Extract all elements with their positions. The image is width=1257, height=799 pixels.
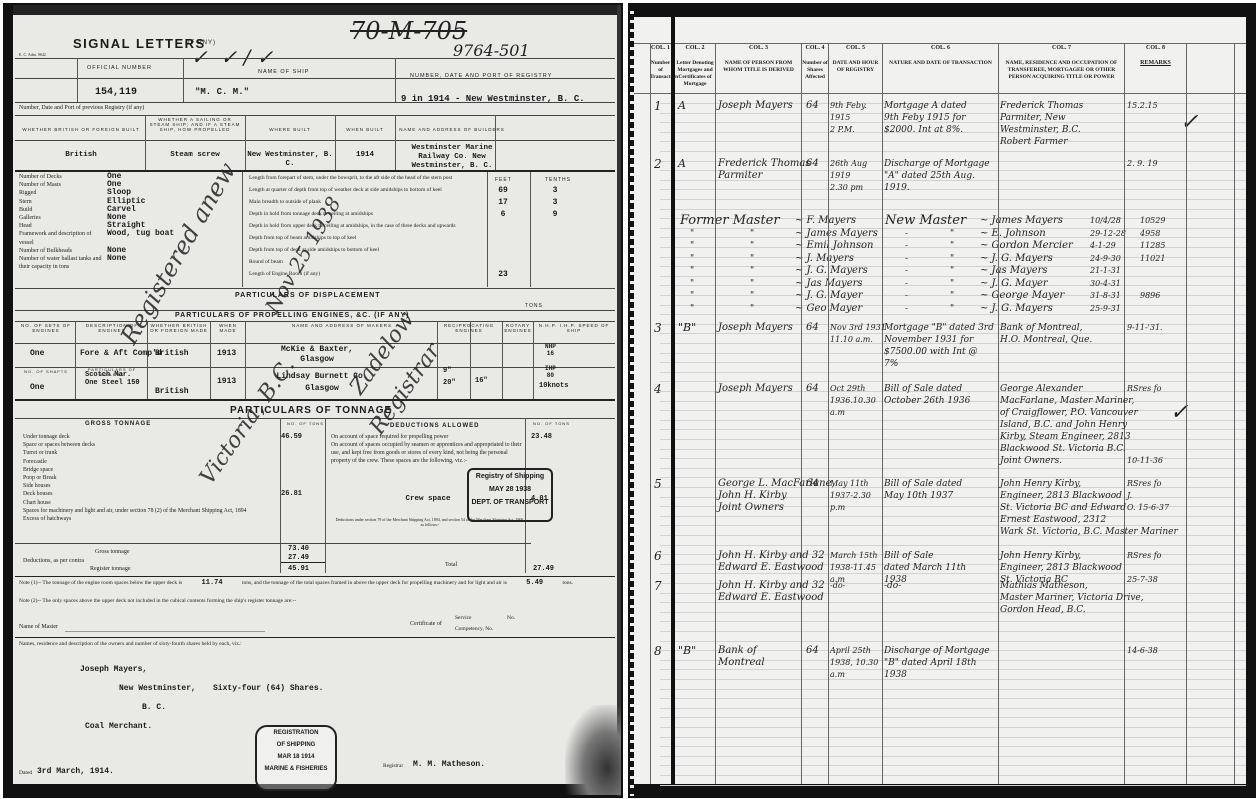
- ruled-line: [660, 698, 1246, 699]
- transaction-nature: Bill of Sale dated October 26th 1936: [884, 383, 998, 407]
- gross-item-label: Chart house: [23, 499, 281, 507]
- gross-item-label: Forecastle: [23, 458, 281, 466]
- official-number-label: Official Number: [87, 65, 152, 71]
- transaction-nature: Discharge of Mortgage "A" dated 25th Aug…: [884, 158, 998, 194]
- build-header: Name and Address of Builders: [397, 127, 507, 132]
- gross-tonnage-value: 73.40: [288, 545, 309, 553]
- registry-date-hour: April 25th 1938, 10.30 a.m: [830, 645, 882, 681]
- build-header: Whether a Sailing or Steam Ship; and if …: [147, 117, 243, 132]
- transaction-number: 1: [654, 100, 672, 112]
- owner-occupation: Coal Merchant.: [85, 722, 152, 731]
- shares-affected: 64: [806, 478, 828, 490]
- registry-label: Number, Date and Port of Registry: [410, 73, 552, 79]
- particular-label: Head: [19, 222, 107, 230]
- remarks: RSres fo 10-11-36: [1127, 383, 1185, 467]
- registry-date-hour: 26th Aug 1919 2.30 pm: [830, 158, 882, 194]
- column-number: COL. 8: [1125, 45, 1186, 52]
- dimension-label: Depth in hold from tonnage deck to ceili…: [249, 211, 481, 223]
- scan-edge: [630, 5, 1254, 17]
- deduction-tons: 23.48: [525, 433, 552, 441]
- engine-room-tonnage: 11.74: [184, 579, 241, 587]
- ruled-line: [660, 775, 1246, 776]
- ditto-mark: ": [950, 265, 954, 277]
- transaction-number: 5: [654, 478, 672, 490]
- ditto-mark: ": [950, 228, 954, 240]
- particular-label: Number of Bulkheads: [19, 247, 107, 255]
- nhp-label: NHP: [545, 343, 556, 350]
- engine-origin: British: [155, 349, 189, 358]
- remarks: 14-6-38: [1127, 645, 1185, 657]
- dimension-label: Depth from top of deck at side amidships…: [249, 247, 481, 259]
- master-change-date: 25-9-31: [1090, 303, 1121, 315]
- column-number: COL. 6: [883, 45, 998, 52]
- ditto-mark: ": [750, 278, 754, 290]
- column-number: COL. 1: [650, 45, 671, 52]
- stamp-date: MAY 28 1938: [469, 483, 551, 496]
- gross-tonnage-row: Chart house: [23, 499, 353, 507]
- transaction-row: 4Joseph Mayers64Oct 29th 1936.10.30 a.mB…: [630, 383, 1250, 433]
- deduction-label: On account of spaces occupied by seamen …: [331, 441, 525, 465]
- particular-label: Framework and description of vessel: [19, 230, 107, 246]
- official-number: 154,119: [95, 87, 137, 98]
- transactions-ledger-page: Former MasterNew Master~ F. Mayers~ Jame…: [628, 3, 1256, 798]
- ditto-mark: -: [905, 278, 908, 290]
- ditto-mark: ": [690, 253, 694, 265]
- transaction-row: 3"B"Joseph Mayers64Nov 3rd 1931 11.10 a.…: [630, 322, 1250, 372]
- particular-label: Build: [19, 206, 107, 214]
- dimension-feet: [481, 247, 525, 259]
- scan-shadow: [565, 705, 623, 795]
- deduction-row: On account of spaces occupied by seamen …: [331, 441, 616, 465]
- gross-tonnage-header: Gross Tonnage: [85, 421, 151, 427]
- service-no-label: No.: [507, 615, 515, 621]
- shares-affected: 64: [806, 383, 828, 395]
- dimension-label: Length at quarter of depth from top of w…: [249, 187, 481, 199]
- transferee: Bank of Montreal, H.O. Montreal, Que.: [1000, 322, 1124, 346]
- registry-date-hour: May 11th 1937-2.30 p.m: [830, 478, 882, 514]
- title-derived-from: John H. Kirby and 32 Edward E. Eastwood: [718, 580, 802, 604]
- transaction-nature: Discharge of Mortgage "B" dated April 18…: [884, 645, 998, 681]
- remarks: 2. 9. 19: [1127, 158, 1185, 170]
- gross-tonnage-row: Poop or Break: [23, 474, 353, 482]
- column-header: COL. 7NAME, RESIDENCE AND OCCUPATION OF …: [999, 45, 1124, 81]
- title-derived-from: Bank of Montreal: [718, 645, 802, 669]
- transaction-number: 4: [654, 383, 672, 395]
- column-title: NAME OF PERSON FROM WHOM TITLE IS DERIVE…: [716, 60, 801, 74]
- dimension-feet: 23: [481, 271, 525, 283]
- deductions-total-label: Total: [445, 562, 457, 568]
- nhp-value: 16: [547, 350, 554, 357]
- ruled-line: [660, 727, 1246, 728]
- ruled-line: [660, 708, 1246, 709]
- build-value: British: [17, 151, 145, 160]
- title-derived-from: George L. MacFarlane, John H. Kirby Join…: [718, 478, 802, 514]
- particular-value: Wood, tug boat: [107, 230, 174, 246]
- column-title: REMARKS: [1125, 60, 1186, 67]
- ditto-mark: ": [750, 303, 754, 315]
- column-header: COL. 8REMARKS: [1125, 45, 1186, 67]
- ruled-line: [660, 468, 1246, 469]
- new-master: ~ Gordon Mercier: [980, 240, 1073, 252]
- transaction-nature: Mortgage "B" dated 3rd November 1931 for…: [884, 322, 998, 370]
- column-number: COL. 4: [802, 45, 828, 52]
- master-change-row: ""~ J. Mayers-"~ J. G. Mayers24-9-301102…: [630, 253, 1250, 265]
- title-derived-from: Frederick Thomas Parmiter: [718, 158, 802, 182]
- transaction-number: 8: [654, 645, 672, 657]
- former-master: ~ F. Mayers: [795, 215, 856, 227]
- master-change-date: 21-1-31: [1090, 265, 1121, 277]
- transaction-number: 7: [654, 580, 672, 592]
- gross-tonnage-row: Forecastle: [23, 458, 353, 466]
- registrar-value: M. M. Matheson.: [413, 760, 485, 769]
- mortgage-letter: A: [678, 158, 714, 170]
- transaction-nature: -do-: [884, 580, 998, 592]
- column-header: COL. 5DATE AND HOUR OF REGISTRY: [829, 45, 882, 74]
- ditto-mark: ": [950, 278, 954, 290]
- dimension-label: Depth in hold from upper deck to ceiling…: [249, 223, 481, 235]
- column-header: COL. 1Number of Transaction: [650, 45, 671, 81]
- new-master: ~ Jas Mayers: [980, 265, 1048, 277]
- shares-affected: 64: [806, 322, 828, 334]
- new-master: ~ J. G. Mayer: [980, 278, 1048, 290]
- gross-item-label: Bridge space: [23, 466, 281, 474]
- ditto-mark: ": [950, 290, 954, 302]
- master-change-row: ~ F. Mayers~ James Mayers10/4/2810529: [630, 215, 1250, 227]
- gross-item-label: Deck houses: [23, 490, 281, 498]
- dimension-row: Main breadth to outside of plank173: [249, 199, 619, 211]
- engine-stroke: 16": [475, 377, 488, 385]
- dimension-feet: [481, 235, 525, 247]
- ditto-mark: ": [690, 265, 694, 277]
- stamp-line: MARINE & FISHERIES: [257, 763, 335, 775]
- engine-header: Rotary Engines: [503, 323, 533, 333]
- form-code: E. C. Adm. 9642: [19, 52, 46, 57]
- particular-value: None: [107, 255, 126, 271]
- dimension-label: Length from forepart of stem, under the …: [249, 175, 481, 187]
- column-title: NAME, RESIDENCE AND OCCUPATION OF TRANSF…: [999, 60, 1124, 81]
- new-master: ~ J. G. Mayers: [980, 253, 1053, 265]
- boiler-origin: British: [155, 387, 189, 396]
- ruled-line: [660, 785, 1246, 786]
- master-change-row: ""~ Geo Mayer-"~ J. G. Mayers25-9-31: [630, 303, 1250, 315]
- deduction-tons: [525, 441, 531, 465]
- gross-item-tons: 26.81: [281, 490, 302, 498]
- ditto-mark: ": [750, 240, 754, 252]
- ditto-mark: ": [750, 290, 754, 302]
- gross-tonnage-row: Space or spaces between decks: [23, 441, 353, 449]
- particular-label: Number of Decks: [19, 173, 107, 181]
- title-derived-from: Joseph Mayers: [718, 322, 802, 334]
- gross-tonnage-row: Excess of hatchways: [23, 515, 353, 523]
- registry-date-hour: 9th Feby. 1915 2 P.M.: [830, 100, 882, 136]
- owner-name: Joseph Mayers,: [80, 665, 147, 674]
- ditto-mark: ": [950, 303, 954, 315]
- master-change-row: ""~ Jas Mayers-"~ J. G. Mayer30-4-31: [630, 278, 1250, 290]
- stamp-line: DEPT. OF TRANSPORT: [469, 496, 551, 509]
- gross-tonnage-row: Spaces for machinery and light and air, …: [23, 507, 353, 515]
- ditto-mark: ": [690, 290, 694, 302]
- dimension-label: Depth from top of beam amidships to top …: [249, 235, 481, 247]
- certificate-label: Certificate of: [410, 621, 442, 627]
- name-of-master-label: Name of Master: [19, 624, 58, 630]
- gross-tonnage-row: Under tonnage deck46.59: [23, 433, 353, 441]
- ruled-line: [660, 765, 1246, 766]
- dimension-label: Main breadth to outside of plank: [249, 199, 481, 211]
- note-1: Note (1)-- The tonnage of the engine roo…: [19, 579, 609, 588]
- master-change-date: 10/4/28: [1090, 215, 1121, 227]
- dimension-row: Depth in hold from tonnage deck to ceili…: [249, 211, 619, 223]
- engine-header: Description of Engines: [77, 323, 147, 333]
- tons-header: No. of Tons: [287, 421, 324, 426]
- dimension-feet: [481, 223, 525, 235]
- particular-label: Stern: [19, 198, 107, 206]
- title-derived-from: John H. Kirby and 32 Edward E. Eastwood: [718, 550, 802, 574]
- registry-of-shipping-stamp: Registry of Shipping MAY 28 1938 DEPT. O…: [467, 468, 553, 522]
- ruled-line: [660, 737, 1246, 738]
- transaction-row: 5George L. MacFarlane, John H. Kirby Joi…: [630, 478, 1250, 528]
- former-master: ~ J. G. Mayers: [795, 265, 868, 277]
- stamp-line: Registry of Shipping: [469, 470, 551, 483]
- transaction-nature: Bill of Sale dated May 10th 1937: [884, 478, 998, 502]
- gross-tonnage-row: Side houses: [23, 482, 353, 490]
- displacement-title: Particulars of Displacement: [235, 292, 380, 299]
- ditto-mark: -: [905, 240, 908, 252]
- deductions-total-value: 27.49: [533, 565, 554, 573]
- ruled-line: [660, 717, 1246, 718]
- ruled-line: [660, 209, 1246, 210]
- new-master: ~ James Mayers: [980, 215, 1063, 227]
- transaction-row: 2AFrederick Thomas Parmiter6426th Aug 19…: [630, 158, 1250, 208]
- mortgage-letter: A: [678, 100, 714, 112]
- engine-ihp: IHP80: [545, 365, 556, 379]
- dimension-row: Length from forepart of stem, under the …: [249, 175, 619, 187]
- registrar-label: Registrar: [383, 763, 403, 769]
- column-header: COL. 2Letter Denoting Mortgages and Cert…: [675, 45, 715, 88]
- column-title: Number of Shares Affected: [802, 60, 828, 81]
- dimension-tenths: 9: [525, 211, 585, 223]
- engine-made: 1913: [217, 349, 236, 358]
- engine-header: N.H.P. I.H.P. Speed of Ship: [534, 323, 614, 333]
- transaction-nature: Mortgage A dated 9th Feby 1915 for $2000…: [884, 100, 998, 136]
- transferee: George Alexander MacFarlane, Master Mari…: [1000, 383, 1124, 467]
- master-change-row: ""~ J. G. Mayer-"~ George Mayer31-8-3198…: [630, 290, 1250, 302]
- engine-header: Reciprocating Engines: [438, 323, 500, 333]
- particular-label: Galleries: [19, 214, 107, 222]
- build-header: Whether British or Foreign Built: [17, 127, 145, 132]
- master-change-ref: 11285: [1140, 240, 1165, 252]
- engine-cylinders: 9" 20": [443, 365, 467, 389]
- dimension-tenths: [525, 223, 585, 235]
- master-change-ref: 11021: [1140, 253, 1165, 265]
- boiler-shafts: One: [30, 383, 44, 392]
- scan-edge: [5, 5, 13, 796]
- gross-item-label: Side houses: [23, 482, 281, 490]
- deduction-label: On account of space required for propell…: [331, 433, 525, 441]
- deduction-row: On account of space required for propell…: [331, 433, 616, 441]
- ditto-mark: ": [690, 303, 694, 315]
- build-header: When Built: [337, 127, 393, 132]
- transaction-row: 8"B"Bank of Montreal64April 25th 1938, 1…: [630, 645, 1250, 695]
- registry-date-hour: -do-: [830, 580, 882, 592]
- gross-tonnage-row: Bridge space: [23, 466, 353, 474]
- master-change-ref: 10529: [1140, 215, 1165, 227]
- master-change-ref: 4958: [1140, 228, 1160, 240]
- remarks: 15.2.15: [1127, 100, 1185, 112]
- ditto-mark: ": [690, 278, 694, 290]
- name-of-ship-label: Name of Ship: [258, 69, 309, 75]
- column-number: COL. 3: [716, 45, 801, 52]
- gross-tonnage-row: Deck houses26.81: [23, 490, 353, 498]
- ditto-mark: -: [905, 290, 908, 302]
- marine-fisheries-stamp: REGISTRATION OF SHIPPING MAR 18 1914 MAR…: [255, 725, 337, 791]
- master-change-row: ""~ J. G. Mayers-"~ Jas Mayers21-1-31: [630, 265, 1250, 277]
- ihp-value: 80: [547, 372, 554, 379]
- transferee: Mathias Matheson, Master Mariner, Victor…: [1000, 580, 1124, 616]
- boiler-particulars-label: Particulars of Boilers: [77, 367, 147, 377]
- column-title: DATE AND HOUR OF REGISTRY: [829, 60, 882, 74]
- ditto-mark: ": [690, 228, 694, 240]
- gross-item-label: Spaces for machinery and light and air, …: [23, 507, 281, 515]
- engine-nhp: NHP16: [545, 343, 556, 357]
- ditto-mark: ": [750, 228, 754, 240]
- dimension-tenths: [525, 259, 585, 271]
- engine-header: Name and Address of Makers: [247, 323, 437, 328]
- master-change-ref: 9896: [1140, 290, 1160, 302]
- gross-tonnage-label: Gross tonnage: [95, 549, 130, 555]
- scan-edge: [630, 784, 1254, 796]
- column-number: COL. 5: [829, 45, 882, 52]
- gross-tonnage-items: Under tonnage deck46.59Space or spaces b…: [23, 433, 353, 523]
- ruled-line: [660, 545, 1246, 546]
- displacement-unit: Tons: [525, 303, 543, 309]
- ditto-mark: ": [690, 240, 694, 252]
- master-change-row: ""~ James Mayers-"~ E. Johnson29-12-2849…: [630, 228, 1250, 240]
- new-master: ~ J. G. Mayers: [980, 303, 1053, 315]
- scan-edge: [13, 5, 621, 15]
- deductions-value: 27.49: [288, 554, 309, 562]
- title-derived-from: Joseph Mayers: [718, 383, 802, 395]
- master-change-date: 4-1-29: [1090, 240, 1116, 252]
- title-derived-from: Joseph Mayers: [718, 100, 802, 112]
- ship-speed: 10knots: [539, 382, 568, 390]
- column-header: COL. 6NATURE AND DATE OF TRANSACTION: [883, 45, 998, 67]
- remarks: 9-11-'31.: [1127, 322, 1185, 334]
- competency-label: Competency, No.: [455, 626, 493, 632]
- stamp-line: OF SHIPPING: [257, 739, 335, 751]
- master-change-date: 24-9-30: [1090, 253, 1121, 265]
- owner-shares: Sixty-four (64) Shares.: [213, 684, 323, 693]
- shafts-label: No. of Shafts: [17, 369, 75, 374]
- master-change-date: 30-4-31: [1090, 278, 1121, 290]
- column-number: COL. 2: [675, 45, 715, 52]
- ihp-label: IHP: [545, 365, 556, 372]
- gross-item-label: Excess of hatchways: [23, 515, 281, 523]
- particular-label: Number of Masts: [19, 181, 107, 189]
- transferee: Frederick Thomas Parmiter, New Westminst…: [1000, 100, 1124, 148]
- ditto-mark: ": [750, 265, 754, 277]
- mortgage-letter: "B": [678, 322, 714, 334]
- register-tonnage-label: Register tonnage: [90, 566, 131, 572]
- ship-name: "M. C. M.": [195, 87, 249, 97]
- ruled-line: [660, 151, 1246, 152]
- particular-label: Rigged: [19, 189, 107, 197]
- ditto-mark: -: [905, 228, 908, 240]
- shares-affected: 64: [806, 645, 828, 657]
- dated-label: Dated: [19, 770, 32, 776]
- column-header: COL. 4Number of Shares Affected: [802, 45, 828, 81]
- gross-item-tons: 46.59: [281, 433, 302, 441]
- engine-header: Whether British or Foreign Made: [148, 323, 210, 333]
- former-master: ~ Emil Johnson: [795, 240, 873, 252]
- registry-date-hour: Nov 3rd 1931 11.10 a.m.: [830, 322, 882, 346]
- ruled-line: [660, 641, 1246, 642]
- deductions-header: Deductions Allowed: [390, 423, 479, 429]
- gross-tonnage-row: Turret or trunk: [23, 449, 353, 457]
- ruled-line: [660, 746, 1246, 747]
- owner-province: B. C.: [142, 703, 166, 712]
- former-master: ~ J. Mayers: [795, 253, 854, 265]
- engine-header: When Made: [211, 323, 245, 333]
- transaction-row: 7John H. Kirby and 32 Edward E. Eastwood…: [630, 580, 1250, 630]
- column-title: Number of Transaction: [650, 60, 671, 81]
- dimension-tenths: [525, 247, 585, 259]
- ditto-mark: -: [905, 303, 908, 315]
- remarks: RSres fo J. O. 15-6-37: [1127, 478, 1185, 514]
- dimension-tenths: [525, 235, 585, 247]
- previous-registry-label: Number, Date and Port of previous Regist…: [19, 105, 144, 111]
- deductions-label: Deductions, as per contra: [23, 558, 84, 564]
- build-header: Where Built: [247, 127, 333, 132]
- transaction-number: 2: [654, 158, 672, 170]
- owners-label: Names, residence and description of the …: [19, 641, 242, 647]
- ditto-mark: ": [750, 253, 754, 265]
- stamp-line: REGISTRATION: [257, 727, 335, 739]
- transaction-row: 1AJoseph Mayers649th Feby. 1915 2 P.M.Mo…: [630, 100, 1250, 150]
- ruled-line: [660, 631, 1246, 632]
- transaction-number: 3: [654, 322, 672, 334]
- build-value: Westminster Marine Railway Co. New Westm…: [397, 144, 507, 171]
- dated-value: 3rd March, 1914.: [37, 767, 114, 776]
- service-label: Service: [455, 615, 472, 621]
- column-number: COL. 7: [999, 45, 1124, 52]
- ditto-mark: -: [905, 265, 908, 277]
- handwritten-registry-code: 70-M-705: [350, 17, 467, 45]
- build-value: 1914: [337, 151, 393, 160]
- ruled-line: [660, 756, 1246, 757]
- transferee: John Henry Kirby, Engineer, 2813 Blackwo…: [1000, 478, 1124, 538]
- dimension-row: Length at quarter of depth from top of w…: [249, 187, 619, 199]
- transaction-number: 6: [654, 550, 672, 562]
- build-value: Steam screw: [147, 151, 243, 160]
- check-marks: ✓ ✓ / ✓: [191, 45, 273, 69]
- engines-title: Particulars of Propelling Engines, &c. (…: [175, 312, 409, 319]
- column-title: Letter Denoting Mortgages and Certificat…: [675, 60, 715, 88]
- registry-certificate-page: Signal Letters (if any) 70-M-705 9764-50…: [3, 3, 623, 798]
- new-master: ~ George Mayer: [980, 290, 1064, 302]
- scan-edge: [617, 5, 621, 796]
- column-title: NATURE AND DATE OF TRANSACTION: [883, 60, 998, 67]
- deductions-tons-header: No. of Tons: [533, 421, 570, 426]
- light-air-tonnage: 5.49: [508, 579, 561, 587]
- build-value: New Westminster, B. C.: [247, 151, 333, 169]
- ditto-mark: -: [905, 253, 908, 265]
- stamp-date: MAR 18 1914: [257, 751, 335, 763]
- engine-description: Fore & Aft Comp'd: [80, 349, 162, 358]
- dimension-tenths: [525, 271, 585, 283]
- master-change-row: ""~ Emil Johnson-"~ Gordon Mercier4-1-29…: [630, 240, 1250, 252]
- engine-header: No. of Sets of Engines: [17, 323, 75, 333]
- registry-date-hour: Oct 29th 1936.10.30 a.m: [830, 383, 882, 419]
